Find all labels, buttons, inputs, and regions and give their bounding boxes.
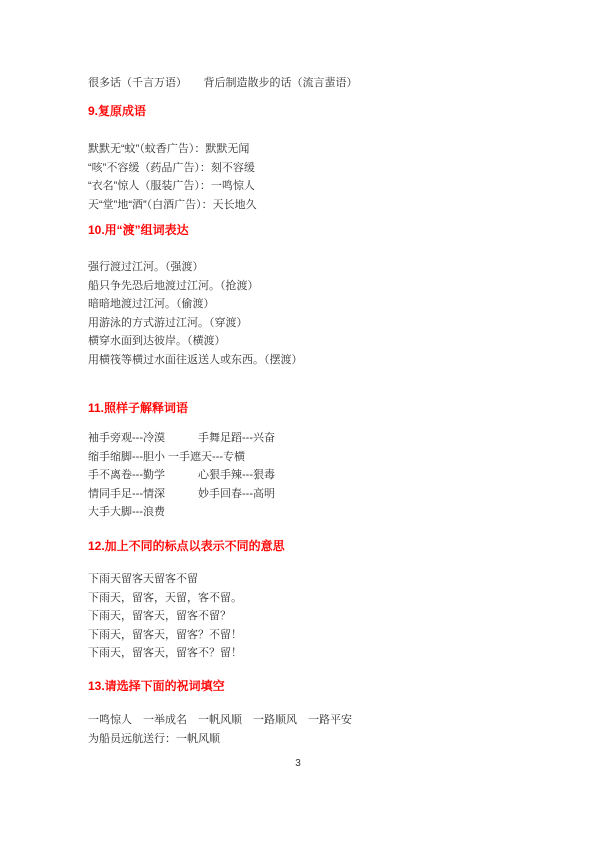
text-line: 下雨天，留客，天留，客不留。 <box>88 589 556 608</box>
text-line: 用横筏等横过水面往返送人或东西。（摆渡） <box>88 351 556 370</box>
page-number: 3 <box>0 757 596 771</box>
section-heading-13: 13.请选择下面的祝词填空 <box>88 679 225 693</box>
text-line: 船只争先恐后地渡过江河。（抢渡） <box>88 277 556 296</box>
text-line: 一鸣惊人 一举成名 一帆风顺 一路顺风 一路平安 <box>88 711 556 730</box>
text-line: 横穿水面到达彼岸。（横渡） <box>88 332 556 351</box>
section-body-10: 强行渡过江河。（强渡） 船只争先恐后地渡过江河。（抢渡） 暗暗地渡过江河。（偷渡… <box>88 258 556 370</box>
text-line: 下雨天，留客天，留客不留？ <box>88 607 556 626</box>
text-line: 为船员远航送行：一帆风顺 <box>88 730 556 749</box>
section-body-9: 默默无“蚊”（蚊香广告）：默默无闻 “咳”不容缓（药品广告）：刻不容缓 “衣名”… <box>88 140 556 214</box>
text-line: 强行渡过江河。（强渡） <box>88 258 556 277</box>
intro-paragraph: 很多话（千言万语） 背后制造散步的话（流言蜚语） <box>88 74 358 93</box>
text-line: “衣名”惊人（服装广告）：一鸣惊人 <box>88 177 556 196</box>
text-line: “咳”不容缓（药品广告）：刻不容缓 <box>88 159 556 178</box>
text-line: 情同手足---情深 妙手回春---高明 <box>88 485 556 504</box>
text-line: 默默无“蚊”（蚊香广告）：默默无闻 <box>88 140 556 159</box>
section-body-13: 一鸣惊人 一举成名 一帆风顺 一路顺风 一路平安 为船员远航送行：一帆风顺 <box>88 711 556 748</box>
text-line: 袖手旁观---冷漠 手舞足蹈---兴奋 <box>88 429 556 448</box>
text-line: 天“堂”地“酒”（白酒广告）：天长地久 <box>88 196 556 215</box>
section-heading-10: 10.用“渡”组词表达 <box>88 223 189 237</box>
text-line: 大手大脚---浪费 <box>88 503 556 522</box>
section-heading-11: 11.照样子解释词语 <box>88 401 188 415</box>
section-heading-12: 12.加上不同的标点以表示不同的意思 <box>88 539 285 553</box>
text-line: 下雨天留客天留客不留 <box>88 570 556 589</box>
document-page: 很多话（千言万语） 背后制造散步的话（流言蜚语） 9.复原成语 默默无“蚊”（蚊… <box>0 0 596 842</box>
text-line: 下雨天，留客天，留客不？留！ <box>88 644 556 663</box>
section-heading-9: 9.复原成语 <box>88 104 146 118</box>
section-body-12: 下雨天留客天留客不留 下雨天，留客，天留，客不留。 下雨天，留客天，留客不留？ … <box>88 570 556 663</box>
text-line: 暗暗地渡过江河。（偷渡） <box>88 295 556 314</box>
text-line: 手不离卷---勤学 心狠手辣---狠毒 <box>88 466 556 485</box>
text-line: 下雨天，留客天，留客？不留！ <box>88 626 556 645</box>
section-body-11: 袖手旁观---冷漠 手舞足蹈---兴奋 缩手缩脚---胆小 一手遮天---专横 … <box>88 429 556 522</box>
text-line: 用游泳的方式游过江河。（穿渡） <box>88 314 556 333</box>
text-line: 缩手缩脚---胆小 一手遮天---专横 <box>88 448 556 467</box>
